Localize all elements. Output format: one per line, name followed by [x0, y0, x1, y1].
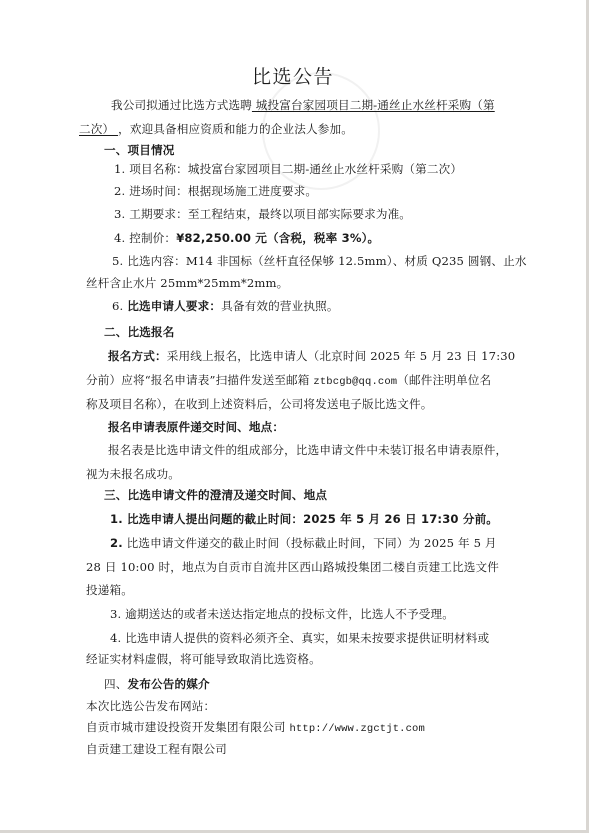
document-page: 比选公告 我公司拟通过比选方式选聘 城投富台家园项目二期-通丝止水丝杆采购（第 … — [0, 0, 586, 830]
publish-site-2: 自贡建工建设工程有限公司 — [86, 741, 227, 757]
original-form-line-1: 报名表是比选申请文件的组成部分，比选申请文件中未装订报名申请表原件， — [108, 442, 507, 458]
document-title: 比选公告 — [0, 64, 586, 90]
registration-method-line-3: 称及项目名称），在收到上述资料后，公司将发送电子版比选文件。 — [86, 396, 433, 412]
control-price: ¥82,250.00 元（含税，税率 3%）。 — [176, 231, 379, 245]
publish-site-intro: 本次比选公告发布网站： — [86, 698, 215, 714]
email-address: ztbcgb@qq.com — [313, 376, 397, 388]
section3-heading: 三、比选申请文件的澄清及递交时间、地点 — [104, 487, 327, 503]
section3-item-4-line-1: 4. 比选申请人提供的资料必须齐全、真实，如果未按要求提供证明材料或 — [110, 630, 489, 646]
intro-line-2: 二次） ，欢迎具备相应资质和能力的企业法人参加。 — [79, 121, 353, 137]
section1-item-2: 2. 进场时间：根据现场施工进度要求。 — [114, 183, 317, 199]
section3-item-2-line-1: 2. 比选申请文件递交的截止时间（投标截止时间，下同）为 2025 年 5 月 — [110, 535, 497, 551]
section1-heading: 一、项目情况 — [104, 142, 174, 158]
section2-heading: 二、比选报名 — [104, 324, 174, 340]
registration-method-line-2: 分前）应将“报名申请表”扫描件发送至邮箱 ztbcgb@qq.com（邮件注明单… — [86, 372, 491, 388]
registration-method-line-1: 报名方式：采用线上报名，比选申请人（北京时间 2025 年 5 月 23 日 1… — [108, 348, 515, 364]
section1-item-3: 3. 工期要求：至工程结束，最终以项目部实际要求为准。 — [114, 206, 411, 222]
section1-item-6: 6. 比选申请人要求：具备有效的营业执照。 — [112, 298, 339, 314]
section1-item-5: 5. 比选内容：M14 非国标（丝杆直径保够 12.5mm）、材质 Q235 圆… — [112, 253, 527, 269]
section1-item-5-cont: 丝杆含止水片 25mm*25mm*2mm。 — [86, 275, 288, 291]
publish-site-1: 自贡市城市建设投资开发集团有限公司 http://www.zgctjt.com — [86, 719, 425, 735]
section3-item-4-line-2: 经证实材料虚假，将可能导致取消比选资格。 — [86, 651, 321, 667]
section4-heading: 四、发布公告的媒介 — [104, 676, 210, 692]
section3-item-1: 1. 比选申请人提出问题的截止时间：2025 年 5 月 26 日 17:30 … — [110, 511, 498, 527]
section3-item-2-line-3: 投递箱。 — [86, 582, 133, 598]
section3-item-2-line-2: 28 日 10:00 时，地点为自贡市自流井区西山路城投集团二楼自贡建工比选文件 — [86, 559, 499, 575]
intro-line-1: 我公司拟通过比选方式选聘 城投富台家园项目二期-通丝止水丝杆采购（第 — [111, 97, 495, 113]
section1-item-1: 1. 项目名称：城投富台家园项目二期-通丝止水丝杆采购（第二次） — [114, 161, 462, 177]
section3-item-3: 3. 逾期送达的或者未送达指定地点的投标文件，比选人不予受理。 — [110, 606, 454, 622]
section1-item-4: 4. 控制价：¥82,250.00 元（含税，税率 3%）。 — [114, 230, 379, 246]
project-name-underlined: 城投富台家园项目二期-通丝止水丝杆采购（第 — [252, 98, 495, 112]
original-form-heading: 报名申请表原件递交时间、地点： — [108, 419, 284, 435]
publish-site-url: http://www.zgctjt.com — [289, 723, 424, 735]
original-form-line-2: 视为未报名成功。 — [86, 466, 180, 482]
